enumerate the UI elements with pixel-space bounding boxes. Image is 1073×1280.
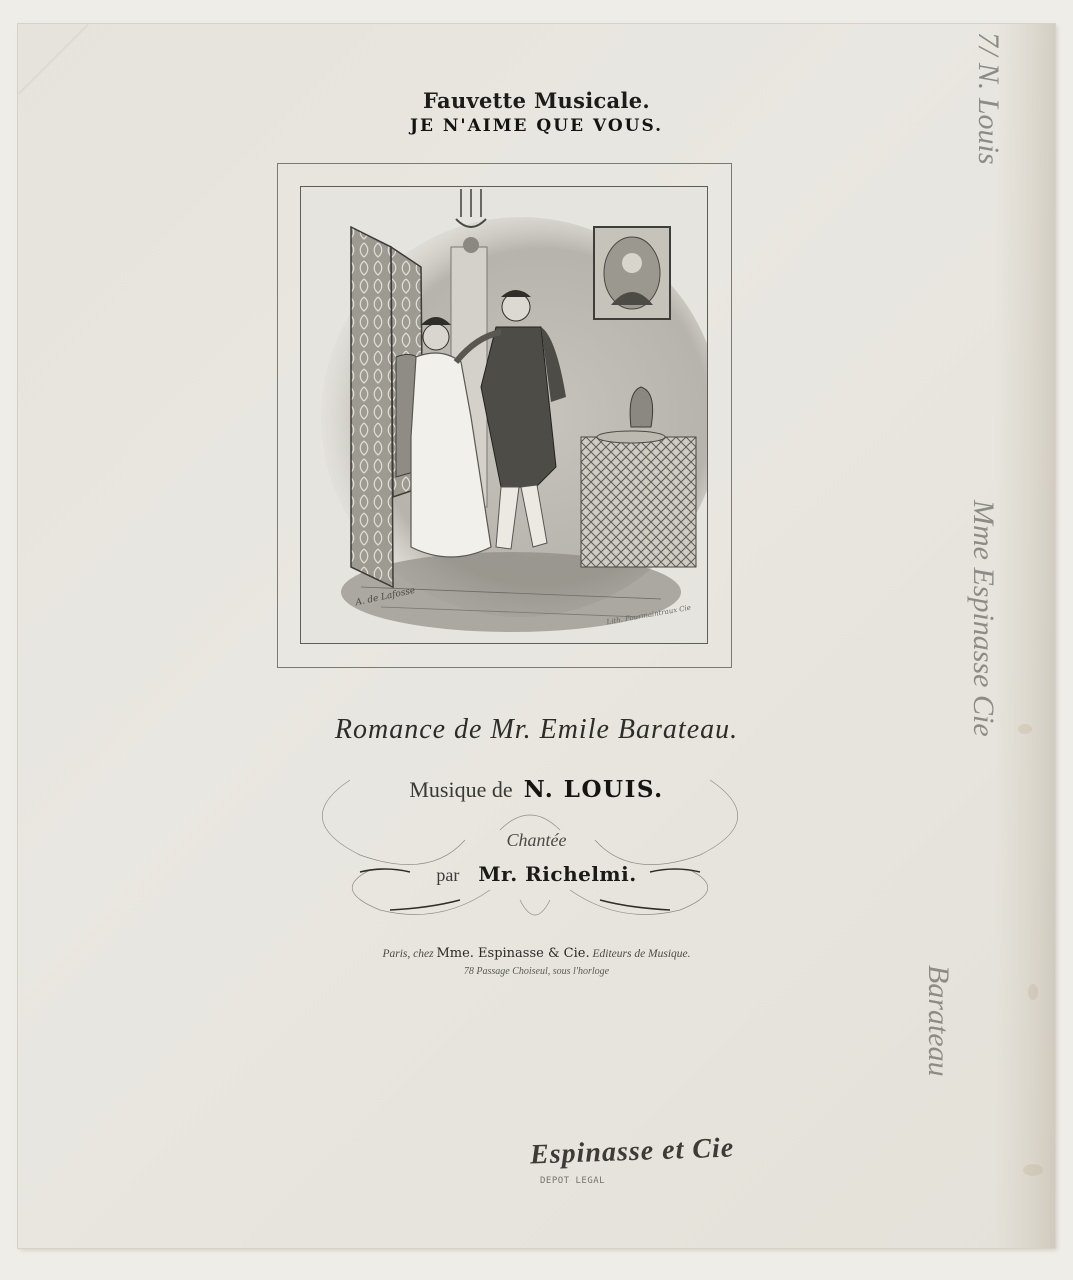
publisher-firm: Mme. Espinasse & Cie. <box>436 946 589 961</box>
publisher-prefix: Paris, chez <box>382 948 433 960</box>
publisher-address: 78 Passage Choiseul, sous l'horloge <box>0 966 1073 977</box>
romance-author-line: Romance de Mr. Emile Barateau. <box>0 714 1073 746</box>
sung-label: Chantée <box>0 830 1073 851</box>
pencil-note-composer: 7/ N. Louis <box>971 32 1005 165</box>
publisher-suffix: Editeurs de Musique. <box>592 948 690 960</box>
composer-line: Musique de N. LOUIS. <box>0 776 1073 803</box>
series-title: Fauvette Musicale. <box>0 88 1073 113</box>
illustration-frame <box>300 186 708 644</box>
foxing-spot <box>1023 1164 1043 1176</box>
song-title: JE N'AIME QUE VOUS. <box>0 116 1073 136</box>
singer-name: Mr. Richelmi. <box>478 862 636 886</box>
worn-right-edge <box>995 24 1055 1248</box>
composer-name: N. LOUIS. <box>524 776 664 803</box>
pencil-note-lyricist: Barateau <box>921 965 955 1077</box>
lithograph-illustration <box>301 187 707 643</box>
publisher-line: Paris, chez Mme. Espinasse & Cie. Editeu… <box>0 946 1073 961</box>
depot-stamp: DEPOT LEGAL <box>540 1176 730 1187</box>
singer-line: par Mr. Richelmi. <box>0 862 1073 886</box>
foxing-spot <box>1028 984 1038 1000</box>
composer-label: Musique de <box>409 777 512 802</box>
pencil-note-publisher: Mme Espinasse Cie <box>966 500 1000 737</box>
par-label: par <box>436 865 459 885</box>
